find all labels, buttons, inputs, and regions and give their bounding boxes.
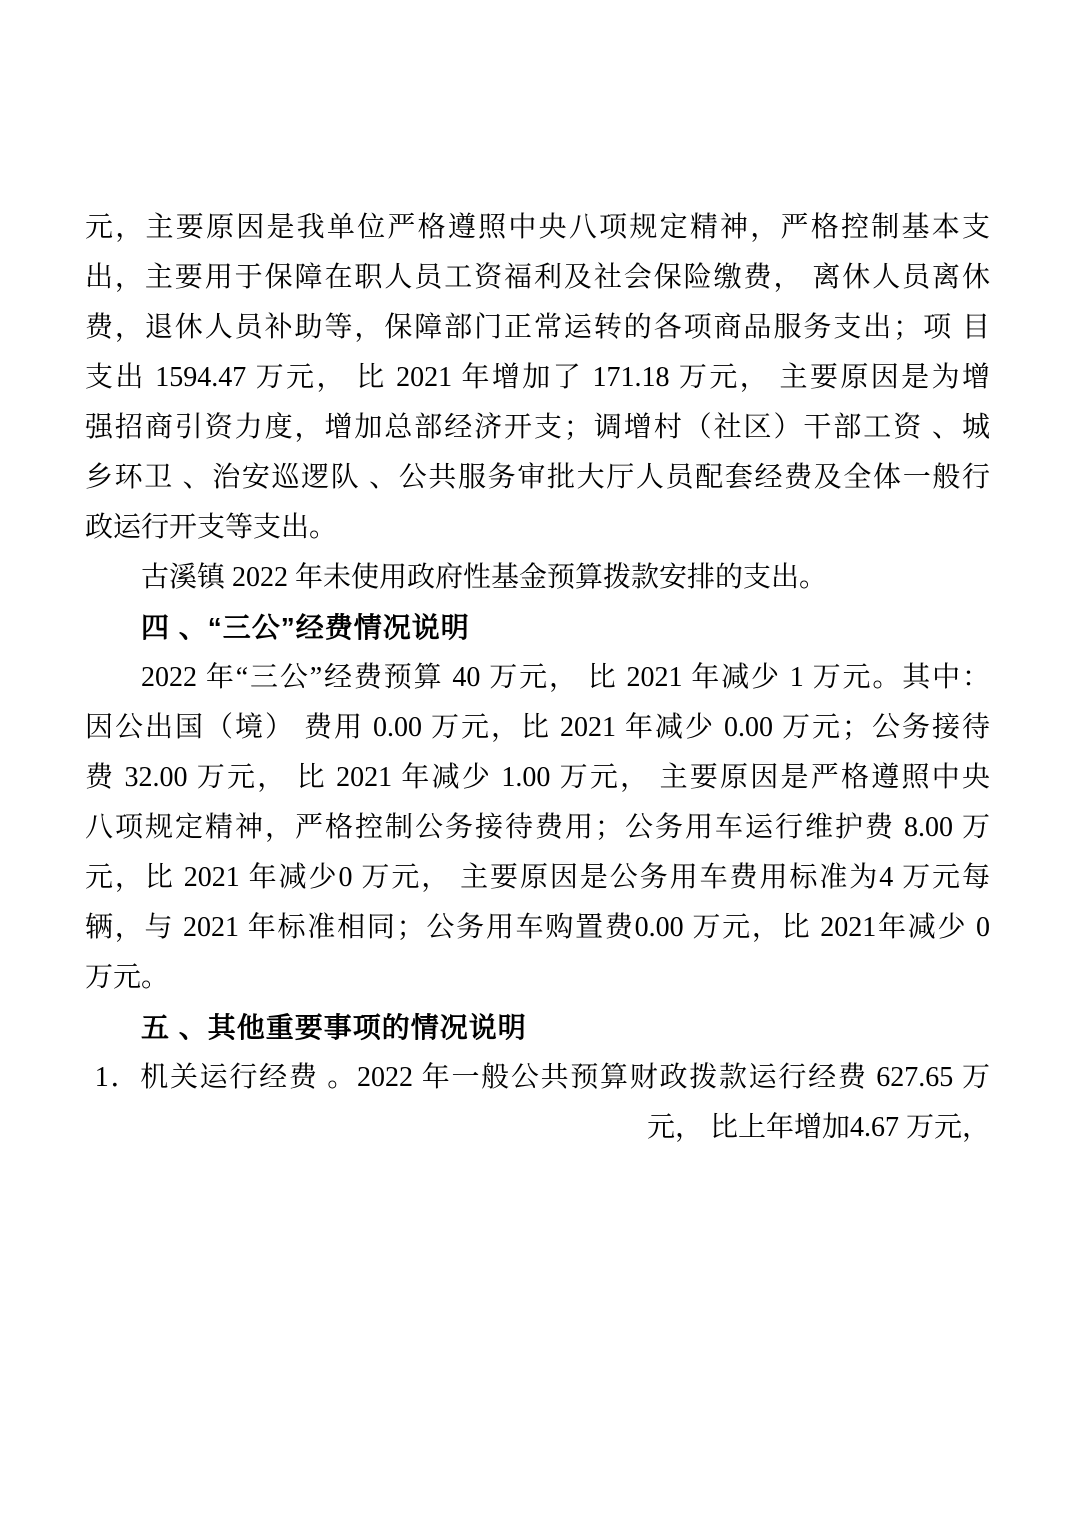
- document-page: 元，主要原因是我单位严格遵照中央八项规定精神，严格控制基本支出，主要用于保障在职…: [0, 0, 1074, 1520]
- text-line: 元，主要原因是我单位严格遵照中央八项规定精神，严格控制基本支: [85, 203, 990, 253]
- text-line: 1．机关运行经费 。2022 年一般公共预算财政拨款运行经费 627.65 万: [85, 1053, 990, 1103]
- text-line: 强招商引资力度，增加总部经济开支；调增村（社区）干部工资 、城: [85, 403, 990, 453]
- section-heading: 五 、其他重要事项的情况说明: [85, 1003, 990, 1053]
- text-line: 费 32.00 万元， 比 2021 年减少 1.00 万元， 主要原因是严格遵…: [85, 753, 990, 803]
- section-heading: 四 、“三公”经费情况说明: [85, 603, 990, 653]
- text-line: 政运行开支等支出。: [85, 503, 990, 553]
- text-line: 辆，与 2021 年标准相同；公务用车购置费0.00 万元，比 2021年减少 …: [85, 903, 990, 953]
- text-line: 支出 1594.47 万元， 比 2021 年增加了 171.18 万元， 主要…: [85, 353, 990, 403]
- text-line: 万元。: [85, 953, 990, 1003]
- text-line: 八项规定精神，严格控制公务接待费用；公务用车运行维护费 8.00 万: [85, 803, 990, 853]
- text-line: 乡环卫 、治安巡逻队 、公共服务审批大厅人员配套经费及全体一般行: [85, 453, 990, 503]
- text-line: 2022 年“三公”经费预算 40 万元， 比 2021 年减少 1 万元。其中…: [85, 653, 990, 703]
- text-line: 元，比 2021 年减少0 万元， 主要原因是公务用车费用标准为4 万元每: [85, 853, 990, 903]
- text-line: 古溪镇 2022 年未使用政府性基金预算拨款安排的支出。: [85, 553, 990, 603]
- document-text-body: 元，主要原因是我单位严格遵照中央八项规定精神，严格控制基本支出，主要用于保障在职…: [85, 203, 990, 1153]
- text-line: 因公出国（境） 费用 0.00 万元，比 2021 年减少 0.00 万元；公务…: [85, 703, 990, 753]
- text-line: 费，退休人员补助等，保障部门正常运转的各项商品服务支出；项 目: [85, 303, 990, 353]
- text-line: 元， 比上年增加4.67 万元，: [85, 1103, 990, 1153]
- text-line: 出，主要用于保障在职人员工资福利及社会保险缴费， 离休人员离休: [85, 253, 990, 303]
